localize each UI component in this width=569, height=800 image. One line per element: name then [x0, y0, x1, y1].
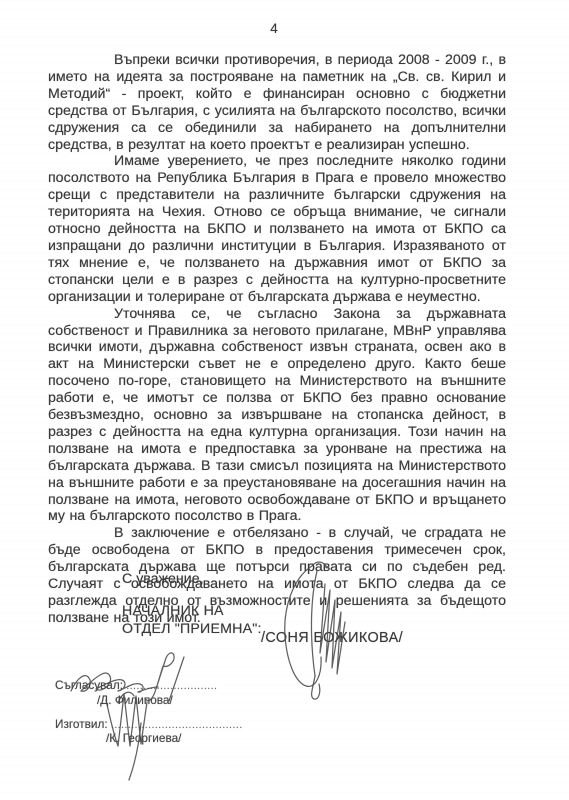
prepared-by-name: /К. Георгиева/ — [106, 731, 181, 745]
letter-body: Въпреки всички противоречия, в периода 2… — [48, 52, 506, 627]
paragraph-1: Въпреки всички противоречия, в периода 2… — [48, 52, 506, 153]
prepared-by-label: Изготвил: — [55, 717, 108, 731]
closing-salutation: С уважение, — [122, 571, 204, 587]
signer-title-line1: НАЧАЛНИК НА — [122, 603, 262, 621]
signer-title: НАЧАЛНИК НА ОТДЕЛ "ПРИЕМНА": — [122, 603, 262, 638]
approved-by-dotted-line: ........................... — [126, 681, 217, 692]
page-number: 4 — [262, 21, 286, 36]
prepared-by-dotted-line: ....................................... — [111, 720, 243, 731]
paragraph-3: Уточнява се, че съгласно Закона за държа… — [48, 306, 506, 526]
signer-name: /СОНЯ БОЖИКОВА/ — [261, 630, 403, 646]
paragraph-2: Имаме уверението, че през последните няк… — [48, 153, 506, 305]
approved-by-label: Съгласувал: — [55, 678, 123, 692]
document-page: 4 Въпреки всички противоречия, в периода… — [0, 0, 569, 800]
approved-by-name: /Д. Филипова/ — [97, 693, 173, 707]
approved-by-row: Съгласувал: ........................... — [55, 678, 218, 692]
paragraph-4: В заключение е отбелязано - в случай, че… — [48, 525, 506, 626]
signer-title-line2: ОТДЕЛ "ПРИЕМНА": — [122, 621, 262, 639]
prepared-by-row: Изготвил: ..............................… — [55, 717, 243, 731]
